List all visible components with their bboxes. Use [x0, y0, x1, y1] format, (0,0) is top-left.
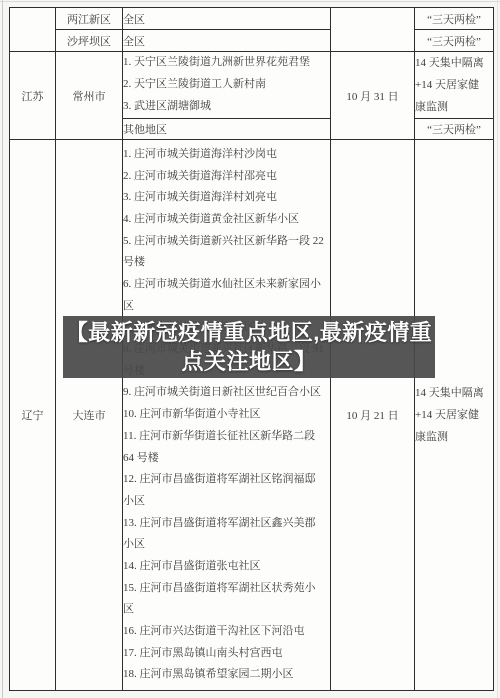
measure-line: 14 天集中隔离 [415, 382, 493, 404]
measure-line: 14 天集中隔离 [415, 52, 493, 74]
area-line: 区 [123, 296, 330, 318]
measure-cell: “三天两检” [415, 30, 494, 52]
area-line: 13. 庄河市昌盛街道将军湖社区鑫兴美郡 [123, 513, 330, 535]
district-cell: 沙坪坝区 [56, 30, 123, 52]
table-row: 江苏 常州市 1. 天宁区兰陵街道九洲新世界花苑君堡2. 天宁区兰陵街道工人新村… [10, 52, 494, 119]
page-edge-line-top [0, 1, 500, 2]
measure-cell-other: “三天两检” [415, 119, 494, 140]
city-cell-dalian: 大连市 [56, 140, 123, 691]
area-line: 16. 庄河市兴达街道干沟社区下河沿屯 [123, 621, 330, 643]
area-line: 14. 庄河市昌盛街道张屯社区 [123, 556, 330, 578]
area-line: 小区 [123, 491, 330, 513]
area-cell: 全区 [123, 8, 331, 30]
table-row: 两江新区 全区 “三天两检” [10, 8, 494, 30]
area-line: 3. 武进区湖塘御城 [123, 96, 330, 118]
measure-line: +14 天居家健 [415, 404, 493, 426]
area-line: 2. 天宁区兰陵街道工人新村南 [123, 74, 330, 96]
area-line: 5. 庄河市城关街道新兴社区新华路一段 22 [123, 231, 330, 253]
area-line: 11. 庄河市新华街道长征社区新华路二段 [123, 426, 330, 448]
province-cell-empty [10, 8, 56, 52]
area-line: 10. 庄河市新华街道小寺社区 [123, 404, 330, 426]
page-edge-line-right [497, 0, 498, 698]
measure-cell: “三天两检” [415, 8, 494, 30]
measure-cell-changzhou: 14 天集中隔离+14 天居家健康监测 [415, 52, 494, 119]
date-cell-changzhou: 10 月 31 日 [331, 52, 415, 140]
area-line: 15. 庄河市昌盛街道将军湖社区状秀苑小 [123, 578, 330, 600]
area-line: 17. 庄河市黑岛镇山南头村宫西屯 [123, 643, 330, 665]
area-line: 1. 天宁区兰陵街道九洲新世界花苑君堡 [123, 52, 330, 74]
area-line: 小区 [123, 534, 330, 556]
area-cell-other: 其他地区 [123, 119, 331, 140]
headline-overlay: 【最新新冠疫情重点地区,最新疫情重 点关注地区】 [63, 316, 435, 378]
province-cell-liaoning: 辽宁 [10, 140, 56, 691]
measure-line: +14 天居家健 [415, 74, 493, 96]
area-line: 2. 庄河市城关街道海洋村邵亮屯 [123, 166, 330, 188]
area-line: 6. 庄河市城关街道水仙社区未来新家园小 [123, 274, 330, 296]
measure-line: 康监测 [415, 96, 493, 118]
headline-line2: 点关注地区】 [181, 347, 316, 376]
date-cell-dalian: 10 月 21 日 [331, 140, 415, 691]
area-cell: 全区 [123, 30, 331, 52]
page-edge-line-left [2, 0, 3, 698]
area-list-changzhou: 1. 天宁区兰陵街道九洲新世界花苑君堡2. 天宁区兰陵街道工人新村南3. 武进区… [123, 52, 331, 119]
area-line: 3. 庄河市城关街道海洋村刘亮屯 [123, 187, 330, 209]
city-cell-changzhou: 常州市 [56, 52, 123, 140]
area-line: 18. 庄河市黑岛镇希望家园二期小区 [123, 664, 330, 686]
measure-cell-dalian: 14 天集中隔离+14 天居家健康监测 [415, 140, 494, 691]
headline-line1: 【最新新冠疫情重点地区,最新疫情重 [66, 318, 433, 347]
area-line: 4. 庄河市城关街道黄金社区新华小区 [123, 209, 330, 231]
area-line: 64 号楼 [123, 448, 330, 470]
district-cell: 两江新区 [56, 8, 123, 30]
area-line: 区 [123, 599, 330, 621]
area-line: 12. 庄河市昌盛街道将军湖社区铭润福邸 [123, 469, 330, 491]
area-line: 号楼 [123, 252, 330, 274]
table-row: 沙坪坝区 全区 “三天两检” [10, 30, 494, 52]
table-row: 辽宁 大连市 1. 庄河市城关街道海洋村沙岗屯2. 庄河市城关街道海洋村邵亮屯3… [10, 140, 494, 691]
area-line: 9. 庄河市城关街道日新社区世纪百合小区 [123, 382, 330, 404]
area-list-dalian: 1. 庄河市城关街道海洋村沙岗屯2. 庄河市城关街道海洋村邵亮屯3. 庄河市城关… [123, 140, 331, 691]
measure-line: 康监测 [415, 426, 493, 448]
area-line: 1. 庄河市城关街道海洋村沙岗屯 [123, 144, 330, 166]
province-cell-jiangsu: 江苏 [10, 52, 56, 140]
date-cell-empty [331, 8, 415, 52]
